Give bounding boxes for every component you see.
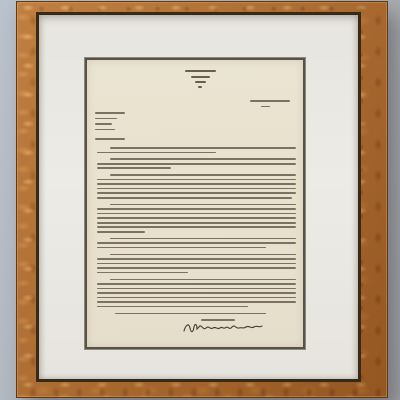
body-text-line — [97, 292, 296, 294]
recipient-line — [95, 123, 112, 125]
body-final-line — [115, 313, 266, 315]
body-text-line — [97, 197, 291, 199]
body-text-line — [110, 279, 296, 281]
body-text-line — [97, 179, 296, 181]
body-text-line — [97, 258, 296, 260]
body-text-line — [97, 167, 170, 169]
body-text-line — [97, 301, 296, 303]
body-text-line — [97, 263, 296, 265]
body-text-line — [97, 267, 296, 269]
body-text-line — [97, 288, 296, 290]
body-text-line — [97, 226, 296, 228]
date-line — [250, 100, 290, 102]
letterhead-line — [198, 86, 202, 88]
letterhead-line — [185, 70, 216, 72]
mat-opening-fillet — [85, 58, 305, 349]
body-text-line — [97, 213, 296, 215]
mat-board — [39, 15, 358, 379]
frame-inner-trim — [36, 12, 361, 382]
body-text-line — [97, 188, 296, 190]
body-text-line — [110, 238, 296, 240]
body-text-line — [97, 217, 296, 219]
body-text-line — [110, 147, 296, 149]
body-text-line — [97, 222, 296, 224]
date-flourish — [261, 106, 270, 108]
body-text-line — [97, 152, 216, 154]
photo-background — [0, 0, 400, 400]
letter-paper — [87, 60, 303, 347]
body-text-line — [110, 204, 296, 206]
recipient-line — [95, 118, 117, 120]
body-text-line — [110, 174, 296, 176]
body-text-line — [97, 192, 296, 194]
recipient-line — [95, 129, 115, 131]
body-text-line — [97, 231, 145, 233]
body-text-line — [110, 254, 296, 256]
recipient-line — [95, 112, 125, 114]
body-text-line — [97, 283, 296, 285]
salutation-line — [95, 138, 125, 140]
body-text-line — [97, 208, 296, 210]
picture-frame — [16, 1, 388, 398]
letterhead-line — [191, 76, 210, 78]
body-text-line — [110, 158, 296, 160]
body-text-line — [97, 163, 296, 165]
body-text-line — [97, 242, 296, 244]
body-text-line — [97, 297, 296, 299]
body-text-line — [97, 306, 248, 308]
body-text-line — [97, 272, 188, 274]
body-text-line — [97, 247, 265, 249]
body-text-line — [97, 183, 296, 185]
letterhead-line — [195, 81, 206, 83]
signature — [182, 321, 264, 335]
